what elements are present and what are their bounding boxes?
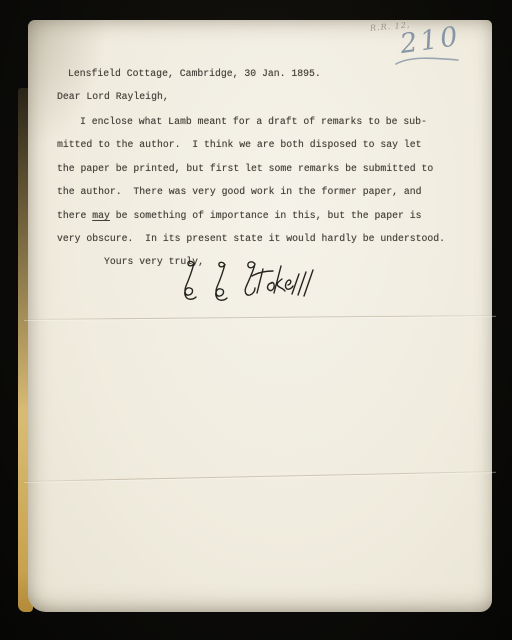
body-text-segment: be something of importance in this, but … — [110, 210, 422, 221]
letter-body-line: very obscure. In its present state it wo… — [57, 233, 445, 244]
body-text-segment: there — [57, 210, 92, 221]
letter-date-line: Lensfield Cottage, Cambridge, 30 Jan. 18… — [68, 68, 321, 79]
letter-body-line: I enclose what Lamb meant for a draft of… — [80, 116, 427, 127]
page-corner-shadow — [28, 20, 108, 150]
photo-black-background: R.R. 12, 210 Lensfield Cottage, Cambridg… — [0, 0, 512, 640]
letter-body-line: there may be something of importance in … — [57, 210, 422, 221]
letter-salutation: Dear Lord Rayleigh, — [57, 91, 169, 102]
letter-body-line: the paper be printed, but first let some… — [57, 163, 433, 174]
letter-page: R.R. 12, 210 Lensfield Cottage, Cambridg… — [28, 20, 492, 612]
letter-body-line: the author. There was very good work in … — [57, 186, 422, 197]
letter-body-line: mitted to the author. I think we are bot… — [57, 139, 422, 150]
fold-crease-upper — [24, 315, 496, 320]
underlined-word: may — [92, 210, 110, 221]
signature-handwriting — [178, 259, 323, 309]
fold-crease-lower — [24, 471, 496, 482]
